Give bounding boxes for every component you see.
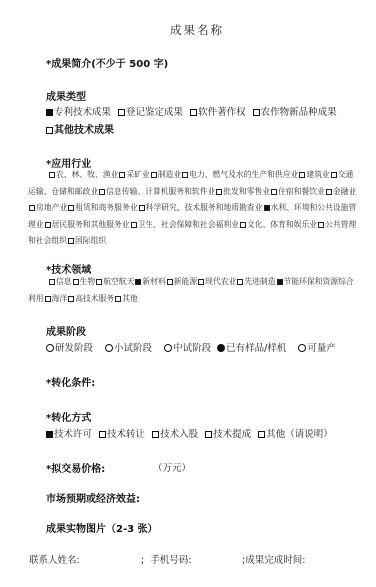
checkbox-industry-construction[interactable] [299, 172, 305, 178]
checkbox-industry-water-env[interactable] [264, 205, 270, 211]
checkbox-industry-culture[interactable] [240, 222, 246, 228]
transfer-mode-label: *转化方式 [46, 409, 91, 424]
checkbox-registered[interactable] [118, 109, 125, 116]
checkbox-industry-international[interactable] [68, 238, 74, 244]
footer-contact: 联系人姓名: [29, 552, 80, 566]
checkbox-field-aerospace[interactable] [96, 279, 102, 285]
checkbox-field-modern-agri[interactable] [198, 279, 204, 285]
checkbox-field-info[interactable] [49, 279, 55, 285]
checkbox-field-new-energy[interactable] [167, 279, 173, 285]
price-unit: （万元） [153, 460, 191, 474]
checkbox-industry-utilities[interactable] [182, 172, 188, 178]
achievement-type-other: 其他技术成果 [46, 121, 114, 136]
checkbox-field-bio[interactable] [73, 279, 79, 285]
phone-label: 手机号码: [150, 555, 191, 566]
footer-completion: ;成果完成时间: [242, 552, 305, 566]
stage-options: 研发阶段 小试阶段 中试阶段 已有样品/样机 可量产 [46, 340, 336, 354]
checkbox-industry-hospitality[interactable] [271, 189, 277, 195]
checkbox-other-mode[interactable] [258, 431, 265, 438]
page-title: 成果名称 [170, 22, 224, 38]
checkbox-field-other[interactable] [115, 296, 121, 302]
radio-stage-pilot[interactable] [164, 344, 172, 352]
checkbox-industry-health[interactable] [131, 222, 137, 228]
checkbox-industry-transport[interactable] [331, 172, 337, 178]
checkbox-field-hightech-service[interactable] [68, 296, 74, 302]
intro-label: *成果简介(不少于 500 字) [46, 55, 168, 70]
checkbox-industry-manufacturing[interactable] [151, 172, 157, 178]
completion-time-label: 成果完成时间: [245, 555, 305, 566]
radio-stage-small-trial[interactable] [105, 344, 113, 352]
stage-label: 成果阶段 [46, 323, 86, 338]
footer-phone: ; 手机号码: [141, 552, 191, 566]
radio-stage-rd[interactable] [46, 344, 54, 352]
tech-field-options: 信息生物航空航天新材料新能源现代农业先进制造节能环保和资源综合利用海洋高技术服务… [28, 274, 358, 307]
checkbox-other-tech[interactable] [46, 127, 53, 134]
checkbox-industry-resident-services[interactable] [45, 222, 51, 228]
checkbox-field-energy-saving[interactable] [277, 279, 283, 285]
checkbox-industry-agri[interactable] [49, 172, 55, 178]
checkbox-industry-leasing[interactable] [68, 205, 74, 211]
checkbox-industry-public-admin[interactable] [318, 222, 324, 228]
checkbox-industry-realestate[interactable] [29, 205, 35, 211]
checkbox-industry-it[interactable] [99, 189, 105, 195]
checkbox-software-copyright[interactable] [190, 109, 197, 116]
checkbox-transfer[interactable] [99, 431, 106, 438]
checkbox-royalty[interactable] [205, 431, 212, 438]
checkbox-industry-mining[interactable] [119, 172, 125, 178]
market-label: 市场预期或经济效益: [46, 490, 140, 505]
radio-stage-prototype[interactable] [217, 344, 225, 352]
contact-name-label: 联系人姓名: [29, 555, 80, 566]
achievement-type-options: 专利技术成果 登记鉴定成果 软件著作权 农作物新品种成果 [46, 104, 337, 118]
photos-label: 成果实物图片（2-3 张） [46, 520, 158, 535]
checkbox-equity[interactable] [152, 431, 159, 438]
checkbox-industry-finance[interactable] [326, 189, 332, 195]
checkbox-patent[interactable] [46, 109, 53, 116]
conditions-label: *转化条件: [46, 374, 95, 389]
checkbox-license[interactable] [46, 431, 53, 438]
transfer-mode-options: 技术许可 技术转让 技术入股 技术提成 其他（请说明） [46, 426, 333, 440]
checkbox-crop-variety[interactable] [253, 109, 260, 116]
achievement-type-label: 成果类型 [46, 88, 86, 103]
checkbox-field-new-materials[interactable] [135, 279, 141, 285]
checkbox-field-ocean[interactable] [45, 296, 51, 302]
radio-stage-mass-production[interactable] [298, 344, 306, 352]
checkbox-field-advanced-mfg[interactable] [237, 279, 243, 285]
industry-options: 农、林、牧、渔业采矿业制造业电力、燃气及水的生产和供应业建筑业交通运输、仓储和邮… [28, 167, 358, 250]
price-label: *拟交易价格: [46, 460, 105, 475]
checkbox-industry-retail[interactable] [216, 189, 222, 195]
checkbox-industry-research[interactable] [139, 205, 145, 211]
